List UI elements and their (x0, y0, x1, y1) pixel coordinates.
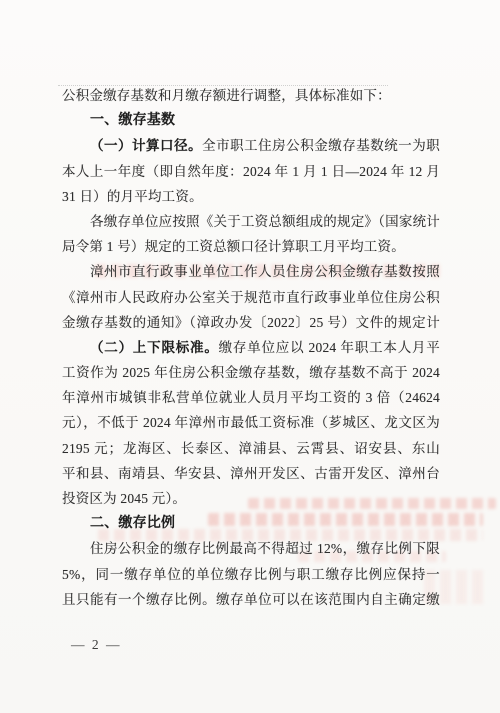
text-line: 元），不低于 2024 年漳州市最低工资标准（芗城区、龙文区为 (62, 410, 440, 435)
text-line: 本人上一年度（即自然年度：2024 年 1 月 1 日—2024 年 12 月 (62, 159, 440, 184)
scanned-document-page: 公积金缴存基数和月缴存额进行调整，具体标准如下：一、缴存基数（一）计算口径。全市… (0, 0, 500, 713)
text-line: 2195 元；龙海区、长泰区、漳浦县、云霄县、诏安县、东山县、 (62, 436, 440, 461)
text-line: 金缴存基数的通知》（漳政办发〔2022〕25 号）文件的规定计算。 (62, 310, 440, 335)
text-line: 一、缴存基数 (62, 108, 440, 133)
text-line: 二、缴存比例 (62, 511, 440, 536)
text-line: 工资作为 2025 年住房公积金缴存基数，缴存基数不高于 2024 (62, 360, 440, 385)
text-line: 公积金缴存基数和月缴存额进行调整，具体标准如下： (62, 83, 440, 108)
text-line: 投资区为 2045 元）。 (62, 486, 440, 511)
text-line: 年漳州市城镇非私营单位就业人员月平均工资的 3 倍（24624 (62, 385, 440, 410)
bold-run-in-heading: （二）上下限标准。 (90, 340, 219, 355)
text-line: 《漳州市人民政府办公室关于规范市直行政事业单位住房公积 (62, 285, 440, 310)
text-line: 平和县、南靖县、华安县、漳州开发区、古雷开发区、漳州台商 (62, 461, 440, 486)
text-line: 5%，同一缴存单位的单位缴存比例与职工缴存比例应保持一致， (62, 562, 440, 587)
document-body: 公积金缴存基数和月缴存额进行调整，具体标准如下：一、缴存基数（一）计算口径。全市… (62, 83, 440, 612)
text-line: 各缴存单位应按照《关于工资总额组成的规定》（国家统计 (62, 209, 440, 234)
text-line: （二）上下限标准。缴存单位应以 2024 年职工本人月平均 (62, 335, 440, 360)
page-number: — 2 — (71, 636, 122, 654)
text-line: （一）计算口径。全市职工住房公积金缴存基数统一为职工 (62, 133, 440, 158)
bold-run-in-heading: （一）计算口径。 (90, 138, 202, 153)
text-line: 且只能有一个缴存比例。缴存单位可以在该范围内自主确定缴存 (62, 587, 440, 612)
text-line: 住房公积金的缴存比例最高不得超过 12%，缴存比例下限为 (62, 536, 440, 561)
text-line: 31 日）的月平均工资。 (62, 184, 440, 209)
text-line: 局令第 1 号）规定的工资总额口径计算职工月平均工资。 (62, 234, 440, 259)
text-line: 漳州市直行政事业单位工作人员住房公积金缴存基数按照 (62, 259, 440, 284)
